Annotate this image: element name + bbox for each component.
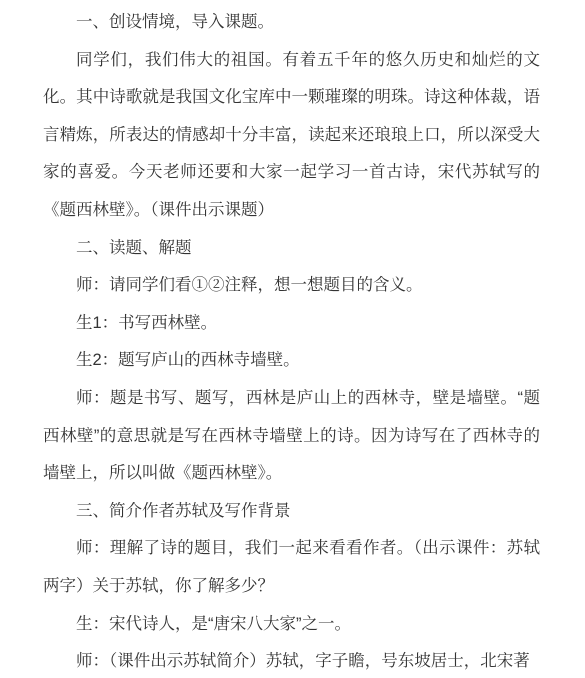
student-line-2: 生2：题写庐山的西林寺墙壁。 — [43, 342, 540, 380]
intro-paragraph: 同学们，我们伟大的祖国。有着五千年的悠久历史和灿烂的文化。其中诗歌就是我国文化宝… — [43, 42, 540, 230]
teacher-line-3: 师：理解了诗的题目，我们一起来看看作者。（出示课件：苏轼两字）关于苏轼，你了解多… — [43, 530, 540, 605]
student-line-3: 生：宋代诗人，是“唐宋八大家”之一。 — [43, 606, 540, 644]
student-line-1: 生1：书写西林壁。 — [43, 305, 540, 343]
lesson-plan-document: 一、创设情境，导入课题。 同学们，我们伟大的祖国。有着五千年的悠久历史和灿烂的文… — [0, 0, 585, 678]
teacher-line-4: 师：（课件出示苏轼简介）苏轼，字子瞻，号东坡居士，北宋著 — [43, 643, 540, 678]
teacher-line-1: 师：请同学们看①②注释，想一想题目的含义。 — [43, 267, 540, 305]
section-heading-3: 三、简介作者苏轼及写作背景 — [43, 493, 540, 531]
teacher-line-2: 师：题是书写、题写，西林是庐山上的西林寺，壁是墙壁。“题西林壁”的意思就是写在西… — [43, 380, 540, 493]
section-heading-2: 二、读题、解题 — [43, 230, 540, 268]
section-heading-1: 一、创设情境，导入课题。 — [43, 4, 540, 42]
